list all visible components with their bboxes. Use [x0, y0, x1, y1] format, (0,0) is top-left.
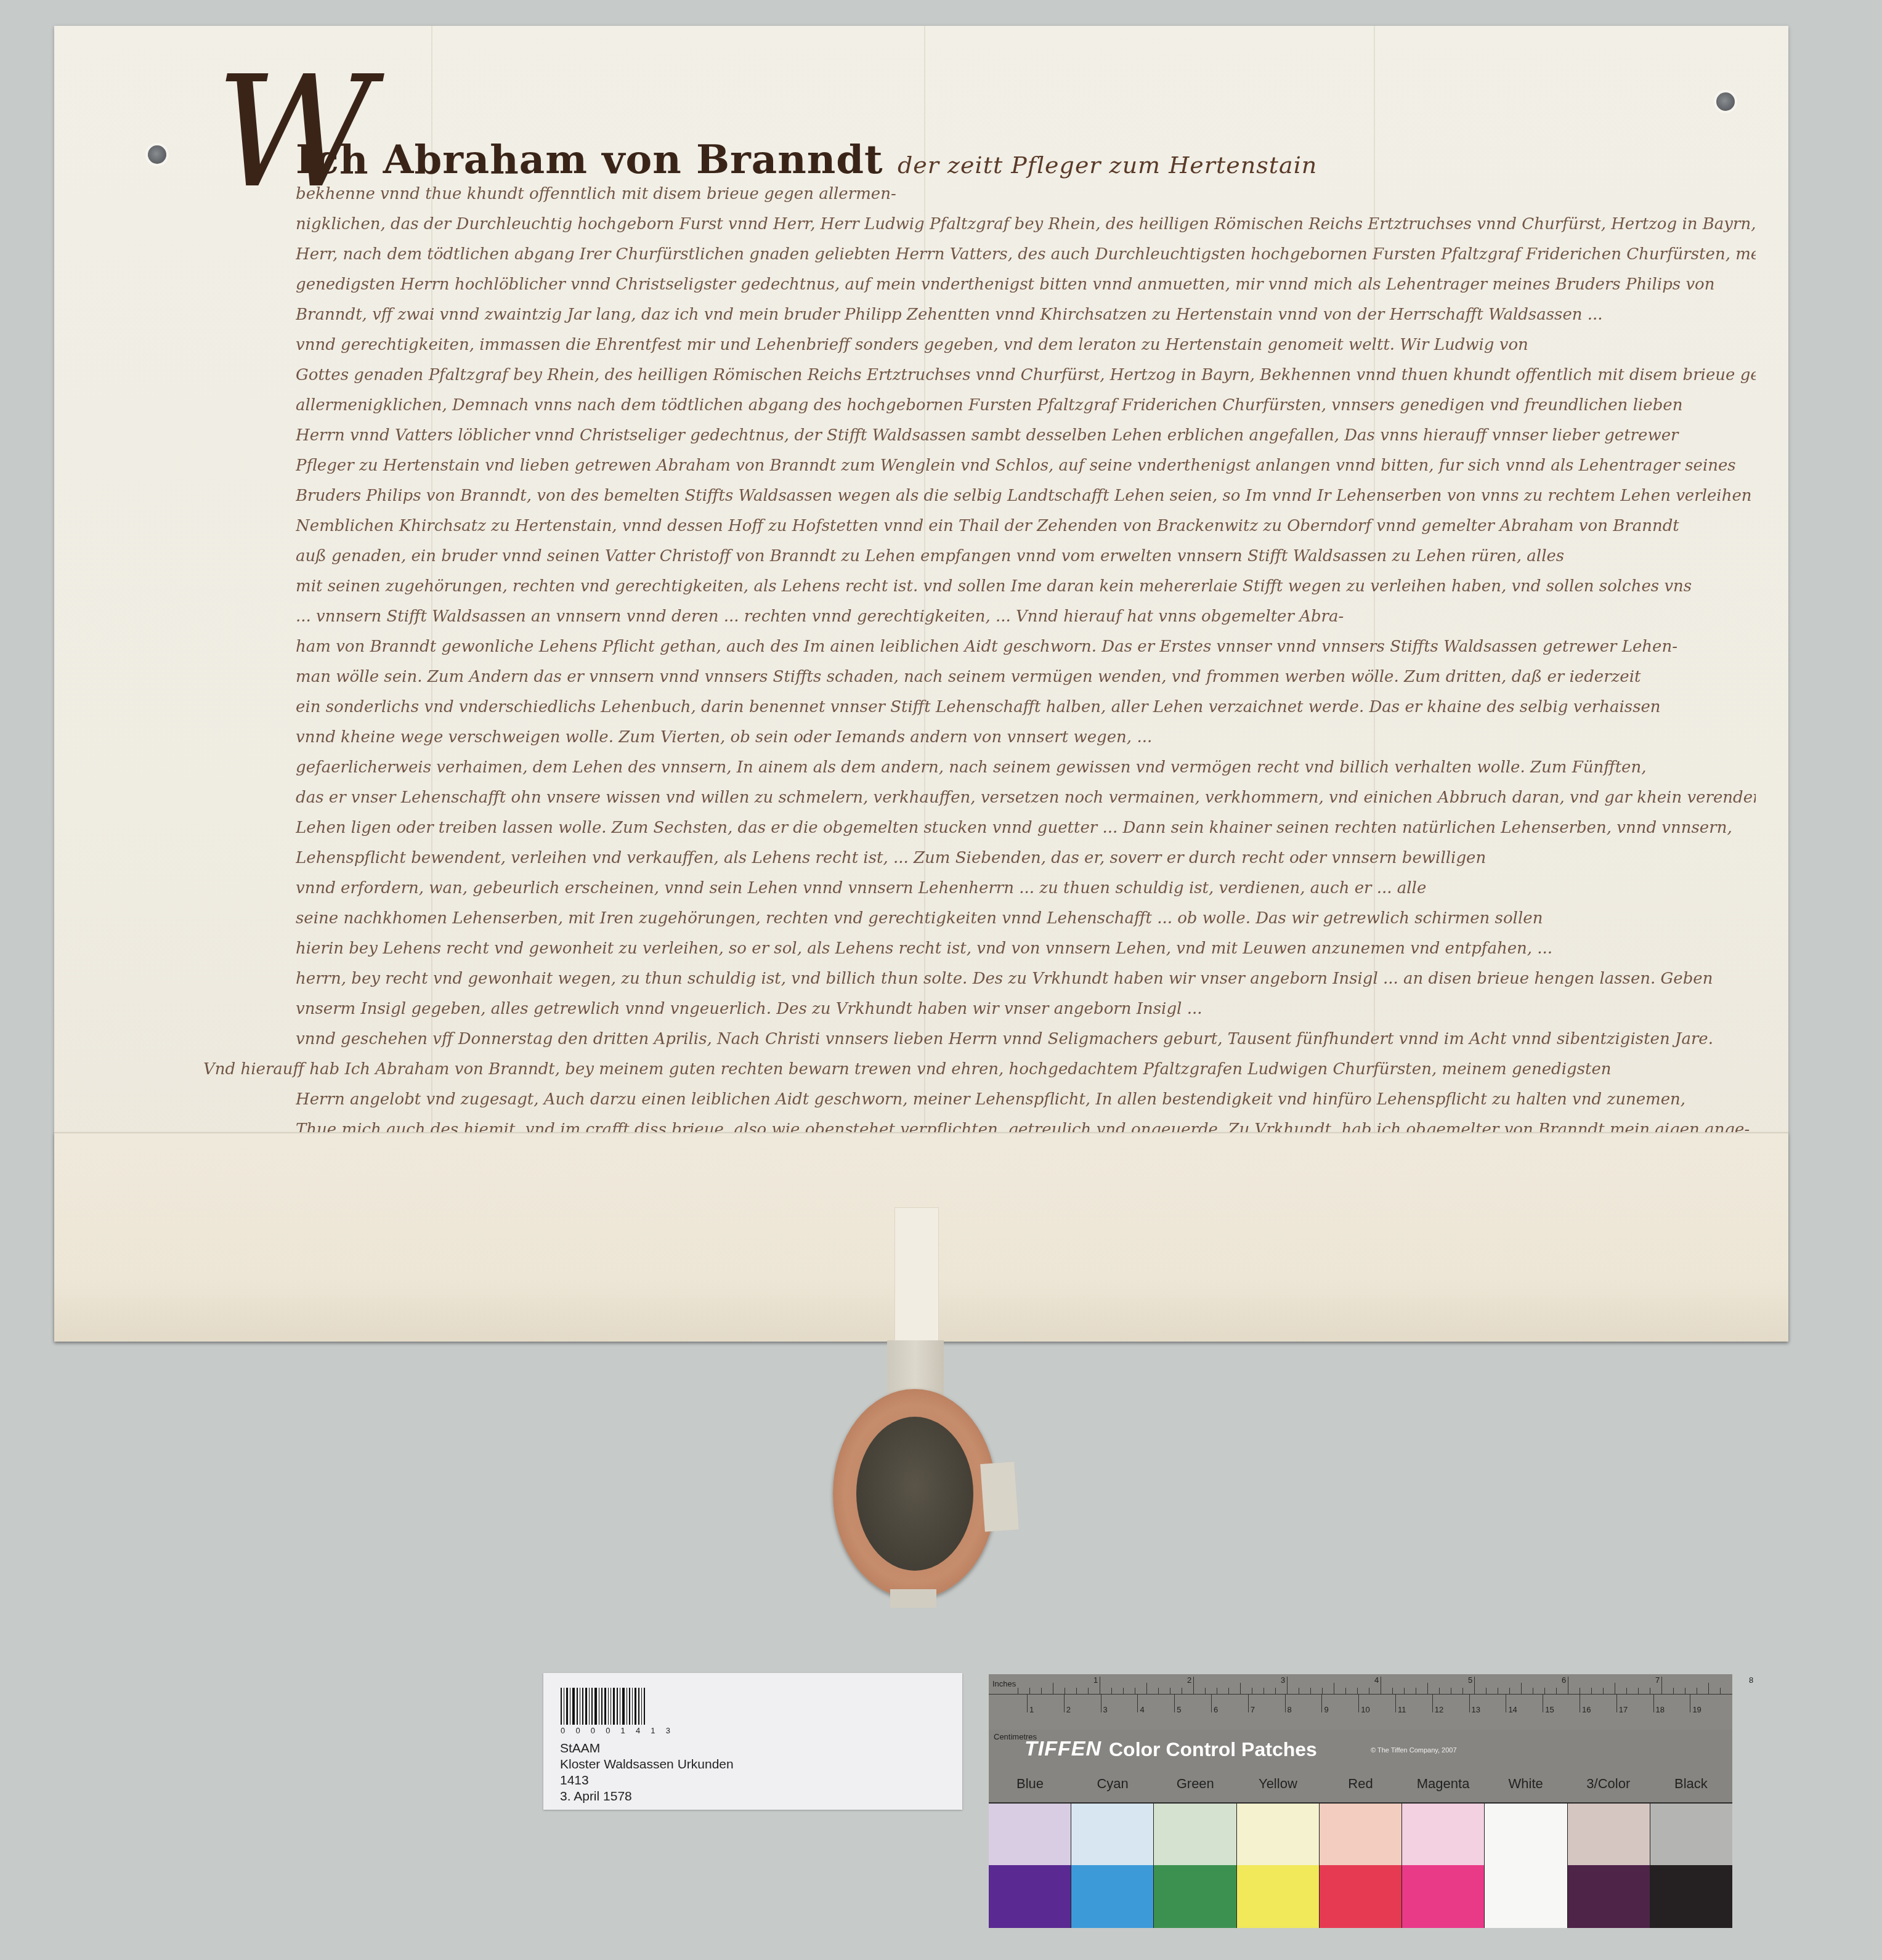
patch-dark-cyan: [1071, 1865, 1154, 1928]
ruler: Inches 123456781234567891011121314151617…: [989, 1674, 1732, 1730]
script-line: Lehenspflicht bewendent, verleihen vnd v…: [296, 849, 1756, 867]
inch-tick-label: 2: [1187, 1675, 1191, 1685]
inch-tick: [1217, 1688, 1217, 1694]
barcode-bar: [638, 1688, 639, 1725]
patch-dark-magenta: [1402, 1865, 1485, 1928]
chart-copyright: © The Tiffen Company, 2007: [1371, 1747, 1457, 1754]
cm-tick: [1653, 1694, 1654, 1712]
charter-heading: Ich Abraham von Branndt der zeitt Pflege…: [296, 137, 1317, 183]
inch-tick: [1509, 1688, 1510, 1694]
script-line: Nemblichen Khirchsatz zu Hertenstain, vn…: [296, 517, 1756, 535]
wax-seal-impression: [856, 1417, 973, 1571]
inch-tick: [1029, 1688, 1030, 1694]
cm-tick: [1616, 1694, 1617, 1712]
inch-tick: [1065, 1688, 1065, 1694]
script-line: Pfleger zu Hertenstain vnd lieben getrew…: [296, 456, 1756, 475]
chart-title: Color Control Patches: [1109, 1738, 1317, 1761]
inch-tick: [1404, 1688, 1405, 1694]
inch-tick: [1111, 1688, 1112, 1694]
script-line: hierin bey Lehens recht vnd gewonheit zu…: [296, 939, 1756, 958]
barcode-bar: [641, 1688, 642, 1725]
script-line: ... vnnsern Stifft Waldsassen an vnnsern…: [296, 607, 1756, 626]
cm-tick-label: 12: [1435, 1705, 1443, 1714]
barcode-digit: 1: [621, 1726, 625, 1735]
script-line: allermenigklichen, Demnach vnns nach dem…: [296, 396, 1756, 415]
chart-title-band: Centimetres TIFFEN Color Control Patches…: [989, 1730, 1732, 1804]
inch-tick: [1615, 1683, 1615, 1694]
script-line: man wölle sein. Zum Andern das er vnnser…: [296, 668, 1756, 686]
script-line: auß genaden, ein bruder vnnd seinen Vatt…: [296, 547, 1756, 565]
barcode-digit: 0: [575, 1726, 580, 1735]
cm-tick: [1211, 1694, 1212, 1712]
barcode-bar: [622, 1688, 625, 1725]
inch-tick: [1146, 1683, 1147, 1694]
inch-tick: [1416, 1688, 1416, 1694]
inch-tick: [1263, 1688, 1264, 1694]
script-line: nigklichen, das der Durchleuchtig hochge…: [296, 215, 1756, 233]
barcode-bar: [608, 1688, 609, 1725]
inch-tick: [1299, 1688, 1299, 1694]
cm-tick-label: 6: [1214, 1705, 1218, 1714]
dark-patches: [989, 1865, 1732, 1928]
cm-tick-label: 1: [1029, 1705, 1034, 1714]
inch-tick: [1287, 1677, 1288, 1694]
issuer-name: Ich Abraham von Branndt: [296, 137, 883, 183]
script-line: Lehen ligen oder treiben lassen wolle. Z…: [296, 819, 1756, 837]
inch-tick-label: 8: [1749, 1675, 1753, 1685]
label-number: 1413: [560, 1773, 734, 1789]
barcode-bar: [585, 1688, 587, 1725]
archive-label: 00001413 StAAM Kloster Waldsassen Urkund…: [543, 1673, 962, 1810]
inch-tick: [1041, 1688, 1042, 1694]
patch-label: 3/Color: [1567, 1776, 1650, 1792]
charter-text: W Ich Abraham von Branndt der zeitt Pfle…: [228, 55, 1756, 1140]
barcode-bar: [610, 1688, 611, 1725]
barcode-digit: 0: [561, 1726, 565, 1735]
patch-label: Magenta: [1402, 1776, 1485, 1792]
barcode-bar: [594, 1688, 597, 1725]
inch-tick: [1591, 1688, 1592, 1694]
inch-tick: [1088, 1688, 1089, 1694]
patch-light-green: [1154, 1804, 1236, 1866]
cm-tick: [1027, 1694, 1028, 1712]
inch-tick: [1556, 1688, 1557, 1694]
inch-tick-label: 3: [1281, 1675, 1285, 1685]
script-line: vnnd erfordern, wan, gebeurlich erschein…: [296, 879, 1756, 897]
cm-tick: [1506, 1694, 1506, 1712]
seal-tag-tail: [890, 1589, 936, 1608]
inch-tick: [1240, 1683, 1241, 1694]
patch-light-white: [1485, 1804, 1567, 1866]
inch-tick-label: 4: [1374, 1675, 1379, 1685]
barcode-digit: 1: [651, 1726, 655, 1735]
inch-tick: [1626, 1688, 1627, 1694]
patch-label: Red: [1319, 1776, 1401, 1792]
barcode-digits: 00001413: [561, 1726, 670, 1735]
patch-light-magenta: [1402, 1804, 1485, 1866]
cm-tick: [1064, 1694, 1065, 1712]
barcode-digit: 3: [666, 1726, 670, 1735]
cm-tick-label: 7: [1251, 1705, 1255, 1714]
inch-tick: [1486, 1688, 1487, 1694]
patch-light-blue: [989, 1804, 1071, 1866]
mounting-hole-left: [148, 145, 166, 164]
inch-tick: [1568, 1677, 1568, 1694]
inch-tick: [1462, 1688, 1463, 1694]
inches-label: Inches: [992, 1679, 1016, 1688]
barcode-bar: [582, 1688, 583, 1725]
script-line: gefaerlicherweis verhaimen, dem Lehen de…: [296, 758, 1756, 777]
barcode-bar: [561, 1688, 562, 1725]
inch-tick: [1451, 1688, 1451, 1694]
patch-light-3-color: [1568, 1804, 1650, 1866]
patch-label: Cyan: [1071, 1776, 1154, 1792]
inch-tick: [1345, 1688, 1346, 1694]
patch-dark-green: [1154, 1865, 1236, 1928]
inch-tick: [1205, 1688, 1206, 1694]
inch-tick: [1322, 1688, 1323, 1694]
inch-tick: [1182, 1688, 1182, 1694]
patch-label: Yellow: [1236, 1776, 1319, 1792]
patch-dark-black: [1650, 1865, 1732, 1928]
script-line: herrn, bey recht vnd gewonhait wegen, zu…: [296, 970, 1756, 988]
script-line: vnnd geschehen vff Donnerstag den dritte…: [296, 1030, 1756, 1048]
cm-tick: [1358, 1694, 1359, 1712]
cm-tick: [1543, 1694, 1543, 1712]
script-line: vnnd gerechtigkeiten, immassen die Ehren…: [296, 336, 1756, 354]
cm-tick-label: 9: [1324, 1705, 1328, 1714]
label-text: StAAM Kloster Waldsassen Urkunden 1413 3…: [560, 1741, 734, 1805]
color-control-chart: Inches 123456781234567891011121314151617…: [989, 1674, 1732, 1897]
inch-tick: [1369, 1688, 1369, 1694]
patch-dark-yellow: [1237, 1865, 1320, 1928]
script-line: Herr, nach dem tödtlichen abgang Irer Ch…: [296, 245, 1756, 264]
inch-tick: [1334, 1683, 1334, 1694]
cm-tick-label: 14: [1508, 1705, 1517, 1714]
cm-tick-label: 10: [1361, 1705, 1369, 1714]
barcode-bar: [627, 1688, 627, 1725]
inch-tick: [1521, 1683, 1522, 1694]
inch-tick: [1392, 1688, 1393, 1694]
barcode-bar: [604, 1688, 606, 1725]
inch-tick: [1603, 1688, 1604, 1694]
patch-dark-red: [1320, 1865, 1402, 1928]
barcode-bar: [591, 1688, 593, 1725]
script-line: Branndt, vff zwai vnnd zwaintzig Jar lan…: [296, 306, 1756, 324]
patch-dark-white: [1485, 1865, 1567, 1928]
barcode-bar: [613, 1688, 615, 1725]
inch-tick: [1650, 1688, 1650, 1694]
inch-tick: [1123, 1688, 1124, 1694]
inch-tick: [1697, 1688, 1697, 1694]
inch-tick: [1638, 1688, 1639, 1694]
inch-tick: [1544, 1688, 1545, 1694]
patch-dark-3-color: [1568, 1865, 1650, 1928]
barcode: [561, 1685, 645, 1725]
issuer-title: der zeitt Pfleger zum Hertenstain: [898, 152, 1317, 179]
patch-label: Green: [1154, 1776, 1236, 1792]
cm-tick: [1321, 1694, 1322, 1712]
inch-tick: [1053, 1683, 1053, 1694]
cm-tick: [1469, 1694, 1470, 1712]
cm-tick: [1580, 1694, 1580, 1712]
inch-tick: [1381, 1677, 1381, 1694]
inch-tick: [1427, 1683, 1428, 1694]
inch-tick: [1439, 1688, 1440, 1694]
cm-tick-label: 11: [1398, 1705, 1406, 1714]
inch-tick: [1708, 1683, 1709, 1694]
patch-light-red: [1320, 1804, 1402, 1866]
script-line: Vnd hierauff hab Ich Abraham von Branndt…: [203, 1060, 1756, 1079]
script-line: genedigsten Herrn hochlöblicher vnnd Chr…: [296, 275, 1756, 294]
label-date: 3. April 1578: [560, 1789, 734, 1805]
cm-tick-label: 3: [1103, 1705, 1108, 1714]
script-line: vnserm Insigl gegeben, alles getrewlich …: [296, 1000, 1756, 1018]
inch-tick: [1228, 1688, 1229, 1694]
script-line: mit seinen zugehörungen, rechten vnd ger…: [296, 577, 1756, 596]
patch-dark-blue: [989, 1865, 1071, 1928]
script-line: Bruders Philips von Branndt, von des bem…: [296, 487, 1756, 505]
barcode-bar: [577, 1688, 578, 1725]
barcode-digit: 0: [591, 1726, 595, 1735]
inch-tick: [1498, 1688, 1498, 1694]
cm-tick: [1395, 1694, 1396, 1712]
patch-light-cyan: [1071, 1804, 1154, 1866]
plica-slit: [894, 1207, 939, 1341]
inch-tick: [1252, 1688, 1252, 1694]
inch-tick: [1076, 1688, 1077, 1694]
script-line: ein sonderlichs vnd vnderschiedlichs Leh…: [296, 698, 1756, 716]
patch-label: Black: [1650, 1776, 1732, 1792]
cm-tick: [1137, 1694, 1138, 1712]
inch-tick-label: 6: [1562, 1675, 1566, 1685]
inch-tick: [1720, 1688, 1721, 1694]
cm-tick: [1248, 1694, 1249, 1712]
script-line: ham von Branndt gewonliche Lehens Pflich…: [296, 638, 1756, 656]
barcode-bar: [599, 1688, 599, 1725]
inch-tick: [1170, 1688, 1170, 1694]
barcode-bar: [589, 1688, 590, 1725]
cm-tick-label: 18: [1656, 1705, 1665, 1714]
cm-tick-label: 2: [1066, 1705, 1071, 1714]
cm-tick-label: 17: [1619, 1705, 1628, 1714]
cm-tick-label: 19: [1692, 1705, 1701, 1714]
barcode-digit: 0: [606, 1726, 610, 1735]
inch-tick: [1580, 1688, 1580, 1694]
cm-tick: [1285, 1694, 1286, 1712]
inch-tick: [1661, 1677, 1662, 1694]
inch-tick-label: 5: [1468, 1675, 1472, 1685]
cm-tick-label: 8: [1288, 1705, 1292, 1714]
inch-tick: [1135, 1688, 1135, 1694]
barcode-bar: [617, 1688, 618, 1725]
barcode-bar: [620, 1688, 620, 1725]
inch-tick: [1275, 1688, 1276, 1694]
script-line: seine nachkhomen Lehenserben, mit Iren z…: [296, 909, 1756, 928]
cm-tick: [1174, 1694, 1175, 1712]
barcode-bar: [629, 1688, 630, 1725]
cm-tick: [1690, 1694, 1690, 1712]
barcode-bar: [632, 1688, 633, 1725]
tiffen-logo: TIFFEN: [1024, 1737, 1101, 1761]
barcode-bar: [601, 1688, 602, 1725]
inch-scale: Inches: [989, 1674, 1732, 1695]
light-patches: [989, 1804, 1732, 1866]
inch-tick: [1685, 1688, 1685, 1694]
inch-tick: [1533, 1688, 1533, 1694]
inch-tick: [1193, 1677, 1194, 1694]
inch-tick-label: 7: [1655, 1675, 1660, 1685]
barcode-bar: [570, 1688, 570, 1725]
cm-tick-label: 13: [1472, 1705, 1480, 1714]
cm-tick-label: 5: [1177, 1705, 1181, 1714]
inch-tick-label: 1: [1093, 1675, 1098, 1685]
patch-label: Blue: [989, 1776, 1071, 1792]
patch-light-yellow: [1237, 1804, 1320, 1866]
inch-tick: [1018, 1688, 1018, 1694]
inch-tick: [1474, 1677, 1475, 1694]
label-archive: StAAM: [560, 1741, 734, 1757]
label-collection: Kloster Waldsassen Urkunden: [560, 1757, 734, 1773]
barcode-bar: [635, 1688, 636, 1725]
patch-light-black: [1650, 1804, 1732, 1866]
barcode-bar: [566, 1688, 568, 1725]
barcode-bar: [564, 1688, 564, 1725]
cm-tick-label: 16: [1582, 1705, 1591, 1714]
barcode-bar: [580, 1688, 580, 1725]
cm-tick: [1101, 1694, 1101, 1712]
script-line: bekhenne vnnd thue khundt offenntlich mi…: [296, 185, 1756, 203]
inch-tick: [1310, 1688, 1311, 1694]
cm-tick: [1432, 1694, 1433, 1712]
patch-labels: BlueCyanGreenYellowRedMagentaWhite3/Colo…: [989, 1776, 1732, 1792]
patch-label: White: [1485, 1776, 1567, 1792]
barcode-digit: 4: [636, 1726, 640, 1735]
barcode-bar: [572, 1688, 575, 1725]
script-line: Herrn vnnd Vatters löblicher vnnd Christ…: [296, 426, 1756, 445]
inch-tick: [1673, 1688, 1674, 1694]
inch-tick: [1100, 1677, 1100, 1694]
script-line: vnnd kheine wege verschweigen wolle. Zum…: [296, 728, 1756, 747]
script-line: das er vnser Lehenschafft ohn vnsere wis…: [296, 788, 1756, 807]
inch-tick: [1158, 1688, 1159, 1694]
barcode-bar: [644, 1688, 645, 1725]
script-line: Gottes genaden Pfaltzgraf bey Rhein, des…: [296, 366, 1756, 384]
cm-tick-label: 15: [1545, 1705, 1554, 1714]
cm-tick-label: 4: [1140, 1705, 1144, 1714]
script-line: Herrn angelobt vnd zugesagt, Auch darzu …: [296, 1090, 1756, 1109]
inch-tick: [1357, 1688, 1358, 1694]
seal-tag-end: [980, 1462, 1019, 1532]
